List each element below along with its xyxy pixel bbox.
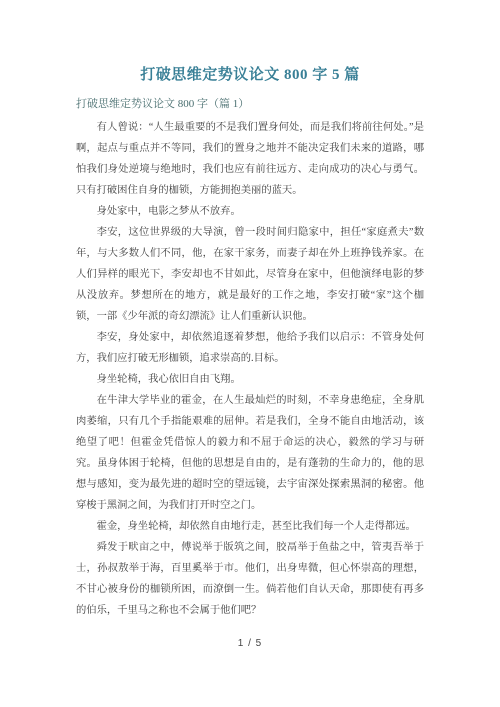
paragraph: 舜发于畎亩之中，傅说举于版筑之间，胶鬲举于鱼盐之中，管夷吾举于士，孙叔敖举于海，… (76, 537, 424, 621)
section-heading: 打破思维定势议论文 800 字（篇 1） (76, 97, 424, 111)
paragraph: 身处家中，电影之梦从不放弃。 (76, 201, 424, 222)
paragraph: 李安，身处家中，却依然追逐着梦想，他给予我们以启示：不管身处何方，我们应打破无形… (76, 327, 424, 369)
paragraph: 在牛津大学毕业的霍金，在人生最灿烂的时刻，不幸身患绝症，全身肌肉萎缩，只有几个手… (76, 390, 424, 516)
document-page: 打破思维定势议论文 800 字 5 篇 打破思维定势议论文 800 字（篇 1）… (0, 0, 500, 707)
paragraph: 李安，这位世界级的大导演，曾一段时间归隐家中，担任“家庭煮夫”数年，与大多数人们… (76, 222, 424, 327)
paragraph: 身坐轮椅，我心依旧自由飞翔。 (76, 369, 424, 390)
paragraph: 霍金，身坐轮椅，却依然自由地行走，甚至比我们每一个人走得都远。 (76, 516, 424, 537)
document-title: 打破思维定势议论文 800 字 5 篇 (0, 0, 500, 85)
page-indicator: 1 / 5 (0, 638, 500, 649)
document-body: 有人曾说：“人生最重要的不是我们置身何处，而是我们将前往何处。”是啊，起点与重点… (76, 117, 424, 621)
paragraph: 有人曾说：“人生最重要的不是我们置身何处，而是我们将前往何处。”是啊，起点与重点… (76, 117, 424, 201)
